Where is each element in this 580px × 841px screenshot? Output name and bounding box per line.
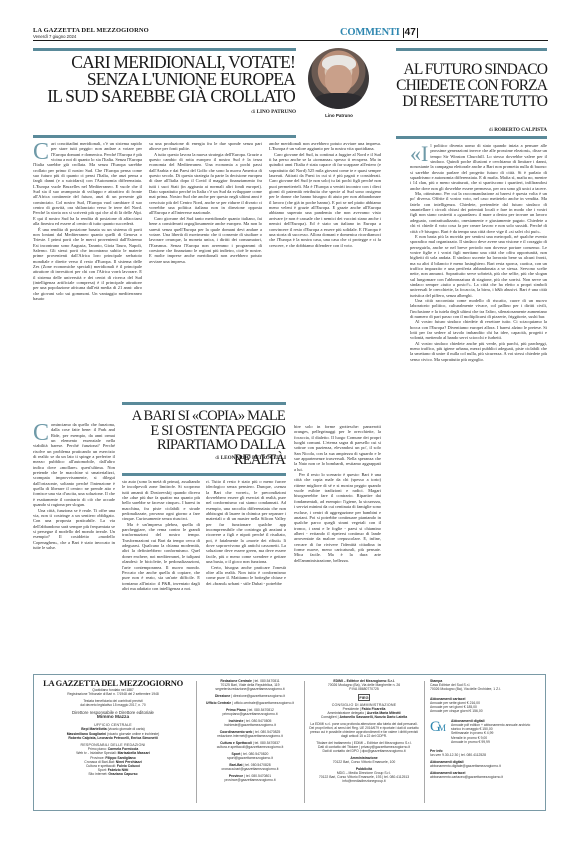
paragraph: Ma è un'impresa plebea, quella di parche… xyxy=(122,522,200,591)
colophon-publisher: EDIMI – Editrice del Mezzogiorno S.r.l. … xyxy=(308,679,420,784)
quote-mark: « xyxy=(410,143,418,166)
colophon-divider xyxy=(424,681,425,803)
director-name: Mimmo Mazza xyxy=(38,715,188,721)
article2-top-rule xyxy=(396,48,547,51)
contact-email[interactable]: redazione.internet@gazzettamezzogiorno.i… xyxy=(217,734,282,738)
article1-column-1: Cari concittadini meridionali, c'è un si… xyxy=(33,141,142,395)
board-entry: Consiglieri | Antonello Sassanelli, Nunz… xyxy=(308,715,420,719)
paragraph: Certo, bisogna anche praticare l'onestà … xyxy=(206,565,286,586)
contact-entry: Sport | tel. 080.5470820sport@gazzettame… xyxy=(200,752,300,760)
headline-line: A BARI SI «COPIA» MALE xyxy=(122,409,285,424)
author-photo xyxy=(308,48,369,109)
contact-email[interactable]: direzione@gazzettamezzogiorno.it xyxy=(233,694,285,698)
dpo-contact: Dati di contatto del DPO | dpo@gazzettam… xyxy=(308,749,420,753)
contact-email[interactable]: ufficio.centrale@gazzettamezzogiorno.it xyxy=(234,701,294,705)
paragraph: È una rendita di posizione basata su un … xyxy=(33,227,142,302)
dropcap: C xyxy=(33,423,49,443)
paragraph: «Il politico diventa uomo di stato quand… xyxy=(410,143,547,191)
editor-entry: Sito internet: Graziano Capurso xyxy=(38,772,188,776)
digital-subs: GM Abbonamenti digitali Annuale pdf edit… xyxy=(430,719,544,744)
section-label: COMMENTI xyxy=(340,27,400,38)
article1-bottom-rule xyxy=(33,135,296,138)
article3-column-4: bire solo in forme grottesche: panzerott… xyxy=(294,424,381,660)
colophon-logo: LA GAZZETTA DEL MEZZOGIORNO xyxy=(38,679,188,688)
contact-email[interactable]: province@gazzettamezzogiorno.it xyxy=(224,778,275,782)
contact-entry: Bari-Bat | tel. 080.5470828cronaca.bari@… xyxy=(200,763,300,771)
headline-line: E SI OSTENTA PEGGIO xyxy=(122,424,285,439)
editor-role: Sito internet: xyxy=(88,772,107,776)
fieg-logo-icon: FIEG xyxy=(358,694,370,701)
author-name: LINO PATRUNO xyxy=(257,109,296,115)
paragraph: Per il resto lo scenario è questo: Bari … xyxy=(294,472,381,563)
headline-line: RIPARTIAMO DALLA REALTÀ xyxy=(122,438,285,467)
contact-email[interactable]: sport@gazzettamezzogiorno.it xyxy=(227,756,273,760)
gm-logo-icon: GM xyxy=(430,719,448,735)
contact-email[interactable]: cronaca.bari@gazzettamezzogiorno.it xyxy=(222,767,279,771)
paragraph: Cari concittadini meridionali, c'è un si… xyxy=(33,141,142,227)
colophon-box: LA GAZZETTA DEL MEZZOGIORNO Quotidiano f… xyxy=(33,674,546,811)
article2-bottom-rule xyxy=(396,136,547,139)
dropcap: I xyxy=(421,143,428,166)
byline-prefix: di xyxy=(215,455,219,461)
paragraph: Una città raccontata come modello di ris… xyxy=(410,298,547,319)
article3-column-3: ri. Tutto il resto è stato più o meno fu… xyxy=(206,479,286,660)
editor-name: Graziano Capurso xyxy=(108,772,137,776)
digital-subs-text: Abbonamenti digitali Annuale pdf edition… xyxy=(451,719,530,744)
colophon-divider xyxy=(196,681,197,803)
dropcap: C xyxy=(33,142,49,162)
contact-label: Ufficio Centrale xyxy=(206,701,231,705)
photo-shirt xyxy=(314,93,364,109)
contact-entry: Direzione | direzione@gazzettamezzogiorn… xyxy=(200,694,300,698)
paragraph: Al vostro futuro sindaco chiedete di res… xyxy=(410,319,547,340)
dropcap-quote: «I xyxy=(410,144,428,164)
publisher-vat: P.IVA 08680770725 xyxy=(308,687,420,691)
contact-email[interactable]: cultura.e.spettacoli@gazzettamezzogiorno… xyxy=(217,745,284,749)
paragraph-text: ari concittadini meridionali, c'è un sis… xyxy=(33,141,142,226)
header-hairline xyxy=(33,40,548,41)
funding-note: dal decreto legislativo 15 maggio 2017, … xyxy=(38,703,188,707)
ads-email[interactable]: info@mediadirezionegroup.it xyxy=(308,779,420,783)
central-office-entry: Roberto Calpista, Leonardo Petrocelli, E… xyxy=(38,736,188,740)
article1-column-2: su una produzione di energia fra le due … xyxy=(149,141,262,395)
paragraph: su una produzione di energia fra le due … xyxy=(149,141,262,152)
headline-line: IL SUD SAREBBE GIÀ CROLLATO xyxy=(33,88,295,105)
article2-headline: AL FUTURO SINDACO CHIEDETE CON FORZA DI … xyxy=(384,62,547,109)
paragraph: Caro giovane del Sud tanto meridionale q… xyxy=(149,216,262,264)
paragraph: Ma, ottimismo. Per cui la raccomandazion… xyxy=(410,191,547,234)
paragraph: ri. Tutto il resto è stato più o meno fu… xyxy=(206,479,286,565)
board-role: Consiglieri xyxy=(321,715,337,719)
headline-line: DI RESETTARE TUTTO xyxy=(384,94,547,110)
article2-body: «Il politico diventa uomo di stato quand… xyxy=(410,143,547,660)
contact-entry: Redazione Centrale | tel. 080.5470811701… xyxy=(200,679,300,692)
article3-byline: di LEONARDO PETROCELLI xyxy=(150,455,286,461)
contact-entry: Cultura e Spettacoli | tel. 080.5470837c… xyxy=(200,741,300,749)
paragraph: Una città, funziona se è reale. Ti offre… xyxy=(33,508,115,551)
photo-caption: Lino Patruno xyxy=(318,113,360,118)
article3-top-rule xyxy=(122,402,286,405)
headline-line: AL FUTURO SINDACO xyxy=(384,62,547,78)
article2-byline: di ROBERTO CALPISTA xyxy=(420,127,547,133)
privacy-note: La EDIMI s.r.l. pone una profonda attenz… xyxy=(308,722,420,738)
colophon-subscriptions: Stampa Casa Editrice del Sud S.r.l. 7002… xyxy=(430,679,544,780)
paragraph: sto auto (sono la metà di prima), assalt… xyxy=(122,479,200,522)
paragraph: Cominciamo da quello che funziona, dalla… xyxy=(33,422,115,508)
masthead: LA GAZZETTA DEL MEZZOGIORNO Venerdì 7 gi… xyxy=(33,27,259,39)
photo-face xyxy=(325,65,352,95)
contact-entry: Province | tel. 080.5470801province@gazz… xyxy=(200,774,300,782)
colophon-divider xyxy=(304,681,305,803)
digital-subs-line: Annuale in promo € 99,99 xyxy=(451,740,530,744)
contact-entry: Ufficio Centrale | ufficio.centrale@gazz… xyxy=(200,701,300,705)
board-name: Antonello Sassanelli, Nunzio Dario Latel… xyxy=(339,715,407,719)
headline-line: CHIEDETE CON FORZA xyxy=(384,78,547,94)
contact-email[interactable]: primopiano@gazzettamezzogiorno.it xyxy=(222,712,277,716)
info-paper-email[interactable]: abbonamento.cartaceo@gazzettamezzogiorno… xyxy=(430,775,544,779)
page-number: 47 xyxy=(403,28,418,38)
article1-column-3: anche meridionali non avrebbero potuto a… xyxy=(269,141,381,395)
staff-name: Roberto Calpista, Leonardo Petrocelli, E… xyxy=(68,736,157,740)
article3-column-2: sto auto (sono la metà di prima), assalt… xyxy=(122,479,200,660)
article1-byline: di LINO PATRUNO xyxy=(160,109,296,115)
author-name: LEONARDO PETROCELLI xyxy=(221,455,286,461)
paragraph: anche meridionali non avrebbero potuto a… xyxy=(269,141,381,152)
paragraph: Caro giovane del Sud, tu continui a fugg… xyxy=(269,152,381,248)
issue-date: Venerdì 7 giugno 2024 xyxy=(33,34,259,39)
author-name: ROBERTO CALPISTA xyxy=(494,127,547,133)
contact-email[interactable]: segreteria.redazione@gazzettamezzogiorno… xyxy=(215,687,284,691)
paragraph: E non basta più la movida per sentirsi u… xyxy=(410,234,547,298)
article1-headline: CARI MERIDIONALI, VOTATE! SENZA L'UNIONE… xyxy=(33,54,295,106)
byline-prefix: di xyxy=(251,109,255,115)
contact-email[interactable]: inchieste@gazzettamezzogiorno.it xyxy=(224,723,276,727)
paragraph: Al vostro sindaco chiedete anche più ver… xyxy=(410,341,547,362)
section-header: COMMENTI 47 xyxy=(340,27,418,38)
colophon-contacts: Redazione Centrale | tel. 080.5470811701… xyxy=(200,679,300,782)
contact-label: Direzione xyxy=(215,694,230,698)
paragraph: bire solo in forme grottesche: panzerott… xyxy=(294,424,381,472)
masthead-title: LA GAZZETTA DEL MEZZOGIORNO xyxy=(33,27,259,34)
contact-entry: Coordinamento web | tel. 080.5470825reda… xyxy=(200,730,300,738)
contact-entry: Inchieste | tel. 080.5470805inchieste@ga… xyxy=(200,719,300,727)
article1-top-rule xyxy=(33,48,296,51)
article3-bottom-rule xyxy=(122,473,286,476)
colophon-editorial: LA GAZZETTA DEL MEZZOGIORNO Quotidiano f… xyxy=(38,679,188,777)
byline-prefix: di xyxy=(489,127,493,133)
contact-entry: Primo Piano | tel. 080.5470812primopiano… xyxy=(200,708,300,716)
paragraph: A tutto questo lavora la nuova strategia… xyxy=(149,152,262,216)
paragraph-text: l politico diventa uomo di stato quando … xyxy=(410,143,547,191)
article3-column-1: Cominciamo da quello che funziona, dalla… xyxy=(33,422,115,660)
